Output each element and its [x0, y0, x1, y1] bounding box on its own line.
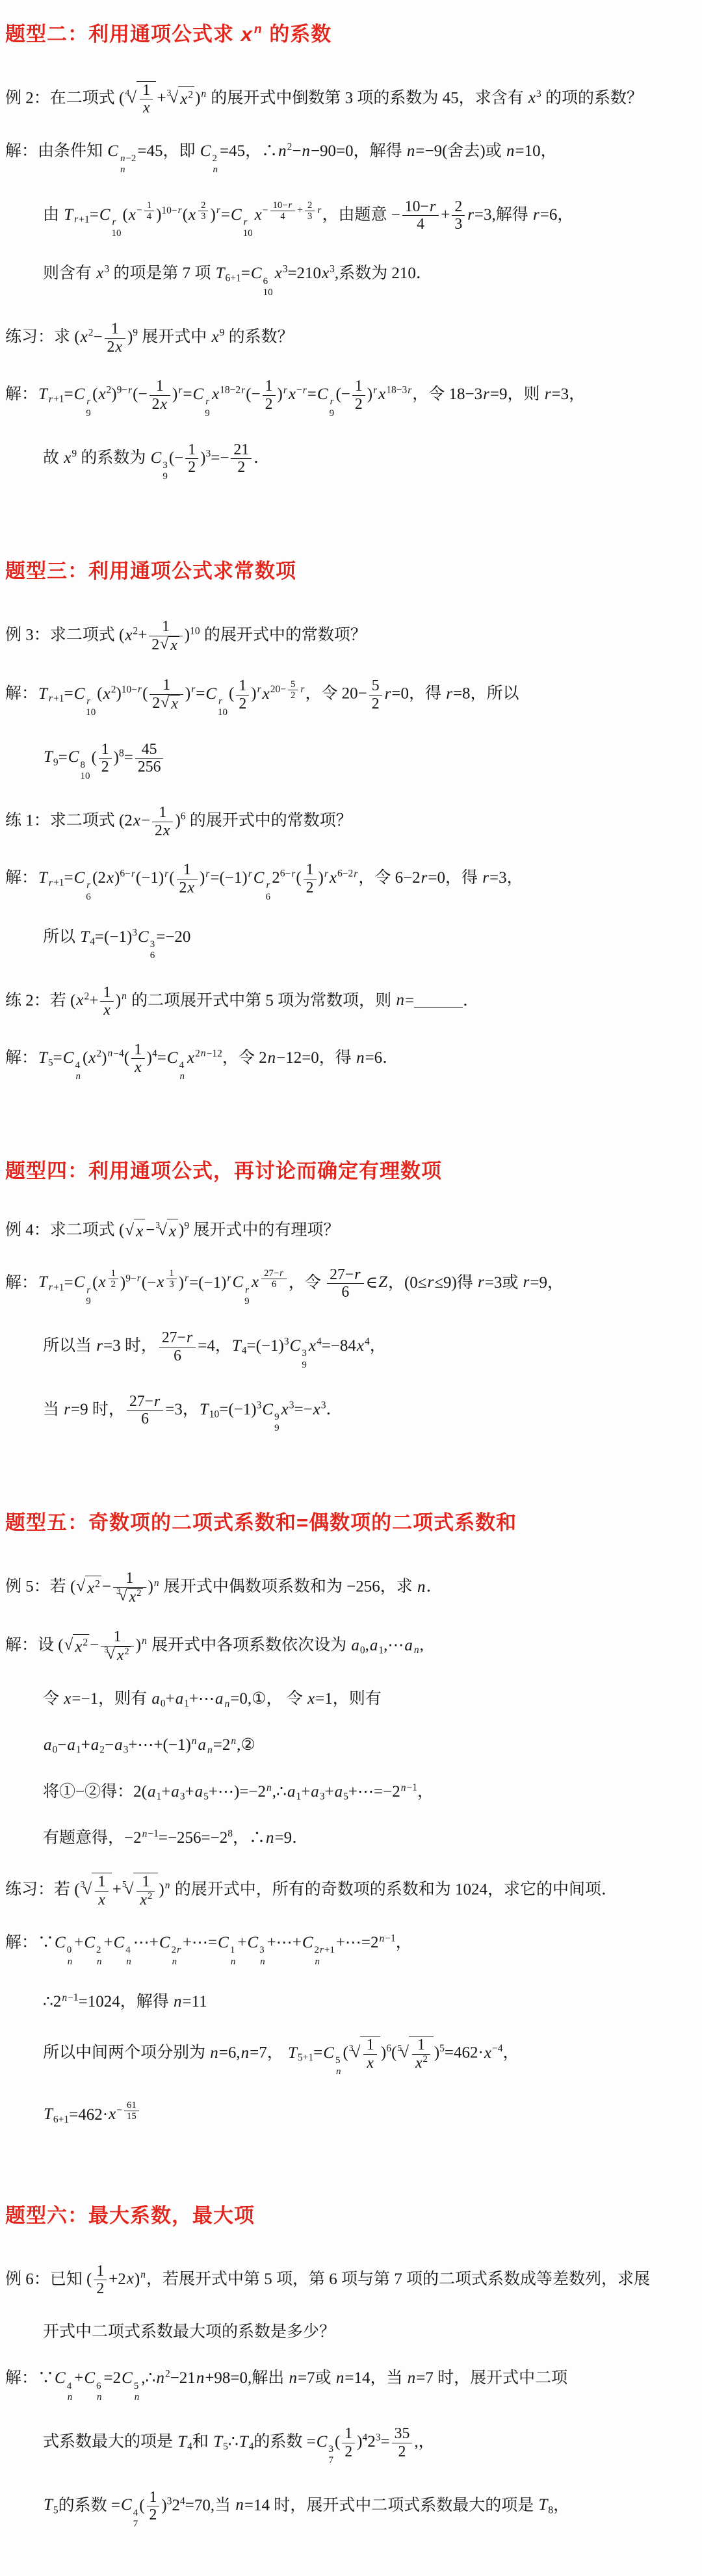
document-line: 由 Tr+1=Cr10(x−14)10−r(x23)r=Cr10x−10−r4+…	[43, 198, 693, 240]
document-line: T9=C810(12)8=45256	[43, 741, 693, 783]
document-line: 开式中二项式系数最大项的系数是多少？	[43, 2320, 693, 2345]
document-line: 解：∵C0n+C2n+C4n⋯+C2rn+⋯=C1n+C3n+⋯+C2r+1n+…	[5, 1931, 693, 1968]
document-line: 所以 T4=(−1)3C36=−20	[43, 925, 693, 962]
document-line: 式系数最大的项是 T4和 T5∴T4的系数 =C37(12)423=352,，	[43, 2425, 693, 2467]
document-line: 解：Tr+1=Cr9(x2)9−r(−12x)r=Cr9x18−2r(−12)r…	[5, 378, 693, 419]
document-line: 所以当 r=3 时，27−r6=4，T4=(−1)3C39x4=−84x4，	[43, 1329, 693, 1371]
document-line: T6+1=462·x−6115	[43, 2100, 693, 2127]
section-heading: 题型六：最大系数，最大项	[5, 2204, 693, 2229]
document-line: a0−a1+a2−a3+⋯+(−1)nan=2n,②	[43, 1733, 693, 1758]
document-line: 解：Tr+1=Cr9(x12)9−r(−x13)r=(−1)rCr9x27−r6…	[5, 1266, 693, 1308]
document-line: 例 5：若 (√x2−13√x2)n 展开式中偶数项系数和为 −256，求 n．	[5, 1570, 693, 1606]
document-line: 解：T5=C4n(x2)n−4(1x)4=C4nx2n−12，令 2n−12=0…	[5, 1041, 693, 1083]
document-body: 题型二：利用通项公式求 xn 的系数例 2：在二项式 (4√1x+3√x2)n …	[5, 22, 693, 2530]
section-heading: 题型三：利用通项公式求常数项	[5, 559, 693, 584]
document-line: 解：Tr+1=Cr6(2x)6−r(−1)r(12x)r=(−1)rCr626−…	[5, 861, 693, 903]
document-line: 例 3：求二项式 (x2+12√x)10 的展开式中的常数项？	[5, 618, 693, 655]
document-line: 例 2：在二项式 (4√1x+3√x2)n 的展开式中倒数第 3 项的系数为 4…	[5, 81, 693, 117]
document-line: 则含有 x3 的项是第 7 项 T6+1=C610x3=210x3,系数为 21…	[43, 261, 693, 298]
document-line: 将①−②得：2(a1+a3+a5+⋯)=−2n,∴a1+a3+a5+⋯=−2n−…	[43, 1780, 693, 1804]
document-line: 解：由条件知 Cn−2n=45，即 C2n=45，∴n2−n−90=0，解得 n…	[5, 139, 693, 176]
document-line: 练习：若 (3√1x+5√1x2)n 的展开式中，所有的奇数项的系数和为 102…	[5, 1873, 693, 1908]
document-line: 当 r=9 时，27−r6=3，T10=(−1)3C99x3=−x3．	[43, 1393, 693, 1435]
document-line: 解：Tr+1=Cr10(x2)10−r(12√x)r=Cr10(12)rx20−…	[5, 677, 693, 718]
document-line: 解：∵C4n+C6n=2C5n,∴n2−21n+98=0,解出 n=7或 n=1…	[5, 2366, 693, 2403]
document-line: ∴2n−1=1024，解得 n=11	[43, 1990, 693, 2014]
document-line: 练习：求 (x2−12x)9 展开式中 x9 的系数？	[5, 320, 693, 356]
document-line: 令 x=−1，则有 a0+a1+⋯an=0,①， 令 x=1，则有	[43, 1687, 693, 1711]
document-line: 故 x9 的系数为 C39(−12)3=−212．	[43, 441, 693, 483]
section-heading: 题型五：奇数项的二项式系数和=偶数项的二项式系数和	[5, 1511, 693, 1536]
document-line: 有题意得，−2n−1=−256=−28，∴n=9．	[43, 1826, 693, 1851]
section-heading: 题型四：利用通项公式，再讨论而确定有理数项	[5, 1159, 693, 1184]
document-line: 所以中间两个项分别为 n=6,n=7， T5+1=C5n(3√1x)6(5√1x…	[43, 2036, 693, 2077]
section-heading: 题型二：利用通项公式求 xn 的系数	[5, 22, 693, 47]
document-line: 例 6：已知 (12+2x)n，若展开式中第 5 项，第 6 项与第 7 项的二…	[5, 2263, 693, 2298]
document-line: 解：设 (√x2−13√x2)n 展开式中各项系数依次设为 a0,a1,⋯an,	[5, 1628, 693, 1665]
document-line: 例 4：求二项式 (√x−3√x)9 展开式中的有理项？	[5, 1218, 693, 1244]
document-line: T5的系数 =C47(12)324=70,当 n=14 时，展开式中二项式系数最…	[43, 2489, 693, 2530]
document-line: 练 1：求二项式 (2x−12x)6 的展开式中的常数项？	[5, 804, 693, 839]
page: 题型二：利用通项公式求 xn 的系数例 2：在二项式 (4√1x+3√x2)n …	[0, 0, 702, 2576]
document-line: 练 2：若 (x2+1x)n 的二项展开式中第 5 项为常数项，则 n=＿＿＿．	[5, 984, 693, 1019]
